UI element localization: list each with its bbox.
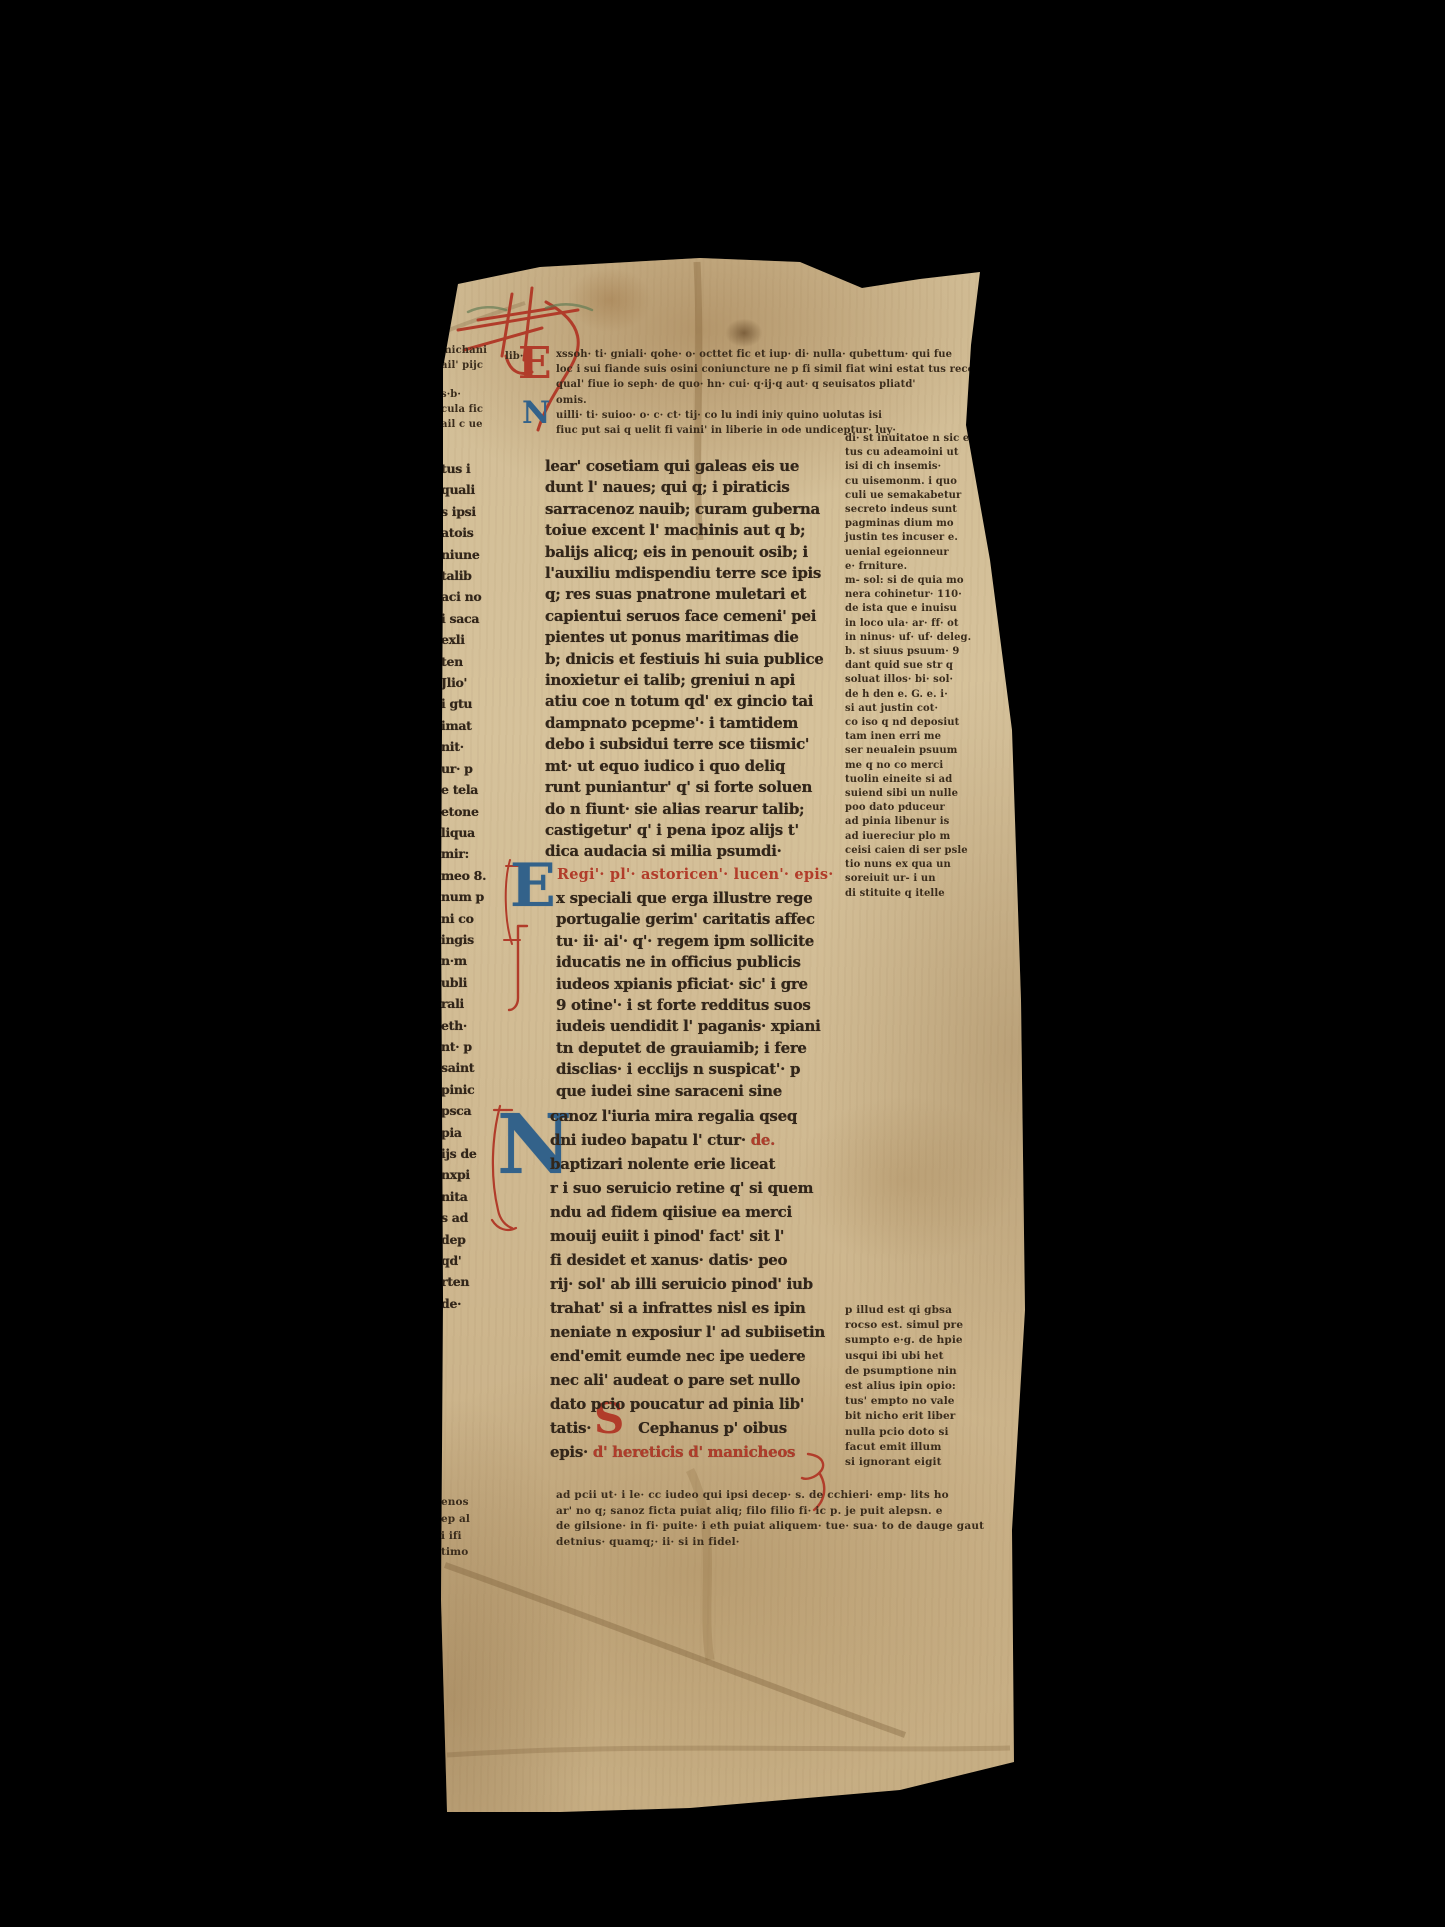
text-line: e· frniture. (845, 560, 1007, 574)
text-line: saint (441, 1057, 507, 1078)
text-line: b. st siuus psuum· 9 (845, 645, 1007, 659)
text-line: bit nicho erit liber (845, 1409, 1010, 1424)
text-line: balijs alicq; eis in penouit osib; i (545, 542, 817, 563)
text-line: si aut justin cot· (845, 702, 1007, 716)
text-line: soluat illos· bi· sol· (845, 673, 1007, 687)
text-line: nec ali' audeat o pare set nullo (550, 1368, 818, 1392)
text-line: ser neualein psuum (845, 744, 1007, 758)
blue-initial-small-n: N (522, 398, 550, 429)
text-line: capientui seruos face cemeni' pei (545, 606, 817, 627)
text-line: iudeos xpianis pficiat· sic' i gre (556, 974, 818, 995)
text-line: p illud est qi gbsa (845, 1303, 1010, 1318)
text-line: inoxietur ei talib; greniui n api (545, 670, 817, 691)
text-line: facut emit illum (845, 1440, 1010, 1455)
text-line: soreiuit ur- i un (845, 872, 1007, 886)
text-line: in ninus· uf· uf· deleg. (845, 631, 1007, 645)
text-line: i ifi (441, 1528, 511, 1545)
text-line: runt puniantur' q' si forte soluen (545, 777, 817, 798)
text-line: tatis· Cephanus p' oibus (550, 1416, 818, 1440)
text-line: b; dnicis et festiuis hi suia publice (545, 649, 817, 670)
text-line: e tela (441, 779, 507, 800)
text-line: lear' cosetiam qui galeas eis ue (545, 456, 817, 477)
text-line: num p (441, 886, 507, 907)
text-line: iducatis ne in officius publicis (556, 952, 818, 973)
text-line: mouij euiit i pinod' fact' sit l' (550, 1224, 818, 1248)
text-line: tam inen erri me (845, 730, 1007, 744)
text-line: s ad (441, 1207, 507, 1228)
text-line: dni iudeo bapatu l' ctur· de. (550, 1128, 818, 1152)
text-line: r i suo seruicio retine q' si quem (550, 1176, 818, 1200)
text-line: est alius ipin opio: (845, 1379, 1010, 1394)
text-line: sumpto e·g. de hpie (845, 1333, 1010, 1348)
text-line: iudeis uendidit l' paganis· xpiani (556, 1016, 818, 1037)
text-line: do n fiunt· sie alias rearur talib; (545, 799, 817, 820)
text-line: debo i subsidui terre sce tiismic' (545, 734, 817, 755)
text-line: castigetur' q' i pena ipoz alijs t' (545, 820, 817, 841)
text-line: liqua (441, 822, 507, 843)
text-line: co iso q nd deposiut (845, 716, 1007, 730)
text-line: quali (441, 479, 507, 500)
text-line: ni co (441, 908, 507, 929)
text-line: di· st inuitatoe n sic ep (845, 432, 1007, 446)
right-margin-gloss-upper: di· st inuitatoe n sic eptus cu adeamoin… (845, 432, 1007, 901)
text-line: disclias· i ecclijs n suspicat'· p (556, 1059, 818, 1080)
text-line: que iudei sine saraceni sine (556, 1081, 818, 1102)
red-initial-e: E (518, 342, 552, 386)
text-line: timo (441, 1544, 511, 1561)
text-line: i gtu (441, 693, 507, 714)
text-line: detnius· quamq;· ii· si in fidel· (556, 1535, 1018, 1551)
main-text-block-3: canoz l'iuria mira regalia qseqdni iudeo… (550, 1104, 818, 1464)
text-line: dica audacia si milia psumdi· (545, 841, 817, 862)
text-line: Jlio' (441, 672, 507, 693)
top-left-margin-gloss: michaniail' pijc s·b·cula ficail c ue (441, 344, 503, 433)
text-line: tus cu adeamoini ut (845, 446, 1007, 460)
text-line: omis. (556, 393, 1011, 408)
text-line: atiu coe n totum qd' ex gincio tai (545, 691, 817, 712)
text-line: de psumptione nin (845, 1364, 1010, 1379)
text-line: m- sol: si de quia mo (845, 574, 1007, 588)
text-line: enos (441, 1494, 511, 1511)
text-line: end'emit eumde nec ipe uedere (550, 1344, 818, 1368)
main-text-block-1: lear' cosetiam qui galeas eis uedunt l' … (545, 456, 817, 863)
text-line: n·m (441, 950, 507, 971)
text-line: ail c ue (441, 418, 503, 433)
text-line: tn deputet de grauiamib; i fere (556, 1038, 818, 1059)
text-line: eth· (441, 1015, 507, 1036)
text-line: atois (441, 522, 507, 543)
text-line: ceisi caien di ser psle (845, 844, 1007, 858)
text-line: rij· sol' ab illi seruicio pinod' iub (550, 1272, 818, 1296)
text-line: michani (441, 344, 503, 359)
text-line: canoz l'iuria mira regalia qseq (550, 1104, 818, 1128)
text-line: s·b· (441, 388, 503, 403)
text-line: tuolin eineite si ad (845, 773, 1007, 787)
text-line: qd' (441, 1250, 507, 1271)
text-line: mt· ut equo iudico i quo deliq (545, 756, 817, 777)
text-line: etone (441, 801, 507, 822)
top-gloss-block: xssoh· ti· gniali· qohe· o· octtet fic e… (556, 347, 1011, 438)
text-line: me q no co merci (845, 759, 1007, 773)
text-line: dampnato pcepme'· i tamtidem (545, 713, 817, 734)
text-line: uilli· ti· suioo· o· c· ct· tij· co lu i… (556, 408, 1011, 423)
text-line: ingis (441, 929, 507, 950)
bottom-gloss-block: ad pcii ut· i le· cc iudeo qui ipsi dece… (556, 1488, 1018, 1550)
text-line: trahat' si a infrattes nisl es ipin (550, 1296, 818, 1320)
text-line: tio nuns ex qua un (845, 858, 1007, 872)
text-line: baptizari nolente erie liceat (550, 1152, 818, 1176)
text-line: toiue excent l' machinis aut q b; (545, 520, 817, 541)
text-line: nt· p (441, 1036, 507, 1057)
text-line: qual' fiue io seph· de quo· hn· cui· q·i… (556, 377, 1011, 392)
text-line: imat (441, 715, 507, 736)
text-line: dunt l' naues; qui q; i piraticis (545, 477, 817, 498)
text-line: meo 8. (441, 865, 507, 886)
blue-initial-e: E (510, 856, 556, 916)
text-line: rali (441, 993, 507, 1014)
text-line: isi di ch insemis· (845, 460, 1007, 474)
text-line: de· (441, 1293, 507, 1314)
text-line: portugalie gerim' caritatis affec (556, 909, 818, 930)
text-line: q; res suas pnatrone muletari et (545, 584, 817, 605)
text-line: niune (441, 544, 507, 565)
text-line: xssoh· ti· gniali· qohe· o· octtet fic e… (556, 347, 1011, 362)
text-line: tus i (441, 458, 507, 479)
text-line: secreto indeus sunt (845, 503, 1007, 517)
text-line (441, 374, 503, 389)
text-line: sarracenoz nauib; curam guberna (545, 499, 817, 520)
text-line: ail' pijc (441, 359, 503, 374)
text-line: rten (441, 1271, 507, 1292)
text-line: ad pinia libenur is (845, 815, 1007, 829)
text-line: mir: (441, 843, 507, 864)
text-line: i saca (441, 608, 507, 629)
text-line: tu· ii· ai'· q'· regem ipm sollicite (556, 931, 818, 952)
text-line: si ignorant eigit (845, 1455, 1010, 1470)
text-line: pientes ut ponus maritimas die (545, 627, 817, 648)
text-line: exli (441, 629, 507, 650)
text-line: uenial egeionneur (845, 546, 1007, 560)
text-line: pagminas dium mo (845, 517, 1007, 531)
text-line: s ipsi (441, 501, 507, 522)
text-line: loc i sui fiande suis osini coniuncture … (556, 362, 1011, 377)
text-line: ar' no q; sanoz ficta puiat aliq; filo f… (556, 1504, 1018, 1520)
text-line: ep al (441, 1511, 511, 1528)
text-line: in loco ula· ar· ff· ot (845, 617, 1007, 631)
text-line: ten (441, 651, 507, 672)
text-line: suiend sibi un nulle (845, 787, 1007, 801)
text-line: dep (441, 1229, 507, 1250)
text-line: l'auxiliu mdispendiu terre sce ipis (545, 563, 817, 584)
photo-background: michaniail' pijc s·b·cula ficail c ue li… (0, 0, 1445, 1927)
text-line: de h den e. G. e. i· (845, 688, 1007, 702)
text-line: usqui ibi ubi het (845, 1349, 1010, 1364)
text-line: talib (441, 565, 507, 586)
text-line: neniate n exposiur l' ad subiisetin (550, 1320, 818, 1344)
text-line: de ista que e inuisu (845, 602, 1007, 616)
text-line: justin tes incuser e. (845, 531, 1007, 545)
text-line: epis· d' hereticis d' manicheos (550, 1440, 818, 1464)
text-line: di stituite q itelle (845, 887, 1007, 901)
text-line: cu uisemonm. i quo (845, 475, 1007, 489)
text-line: x speciali que erga illustre rege (556, 888, 818, 909)
text-line: ad iuereciur plo m (845, 830, 1007, 844)
right-margin-gloss-lower: p illud est qi gbsarocso est. simul pres… (845, 1303, 1010, 1470)
text-line: ad pcii ut· i le· cc iudeo qui ipsi dece… (556, 1488, 1018, 1504)
text-line: nera cohinetur· 110· (845, 588, 1007, 602)
text-line: dant quid sue str q (845, 659, 1007, 673)
bottom-left-margin-gloss: enosep ali ifitimo (441, 1494, 511, 1561)
text-line: 9 otine'· i st forte redditus suos (556, 995, 818, 1016)
text-line: tus' empto no vale (845, 1394, 1010, 1409)
text-line: de gilsione· in fi· puite· i eth puiat a… (556, 1519, 1018, 1535)
text-line: poo dato pduceur (845, 801, 1007, 815)
text-line: ubli (441, 972, 507, 993)
text-line: aci no (441, 586, 507, 607)
text-line: nulla pcio doto si (845, 1425, 1010, 1440)
text-line: cula fic (441, 403, 503, 418)
text-line: ur· p (441, 758, 507, 779)
manuscript-leaf: michaniail' pijc s·b·cula ficail c ue li… (0, 0, 1445, 1927)
main-text-block-2: x speciali que erga illustre regeportuga… (556, 888, 818, 1102)
text-line: rocso est. simul pre (845, 1318, 1010, 1333)
text-line: nit· (441, 736, 507, 757)
text-line: culi ue semakabetur (845, 489, 1007, 503)
red-rubric-regi: Regi'· pl'· astoricen'· lucen'· epis· (557, 866, 834, 883)
text-line: dato pcio poucatur ad pinia lib' (550, 1392, 818, 1416)
text-line: fi desidet et xanus· datis· peo (550, 1248, 818, 1272)
text-line: ndu ad fidem qiisiue ea merci (550, 1200, 818, 1224)
